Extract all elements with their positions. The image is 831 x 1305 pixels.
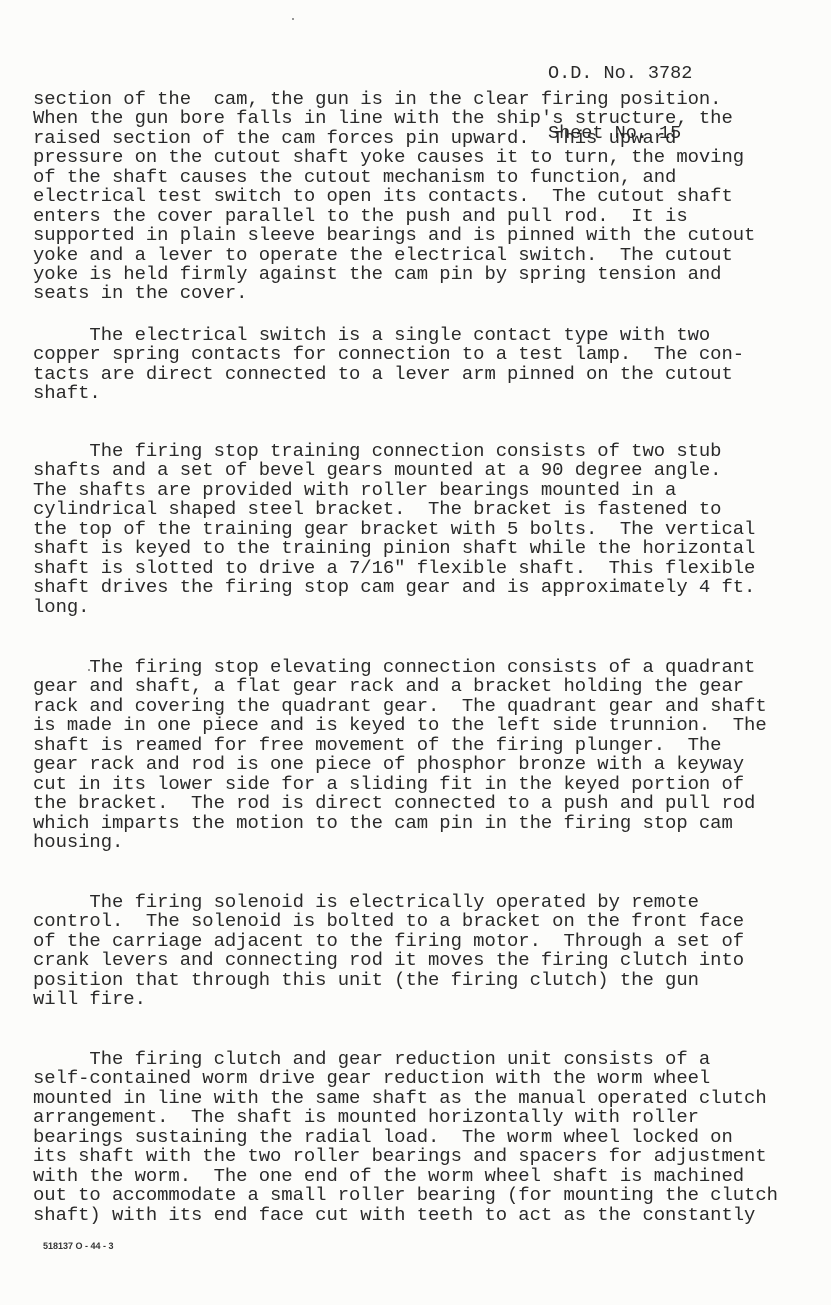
text-line: seats in the cover.: [33, 284, 755, 303]
text-line: gear and shaft, a flat gear rack and a b…: [33, 677, 767, 696]
text-line: supported in plain sleeve bearings and i…: [33, 226, 755, 245]
text-line: electrical test switch to open its conta…: [33, 187, 755, 206]
document-page: O.D. No. 3782 Sheet No. 15 section of th…: [0, 0, 831, 1305]
paragraph-clutch-gear-reduction: The firing clutch and gear reduction uni…: [33, 1050, 778, 1225]
text-line: When the gun bore falls in line with the…: [33, 109, 755, 128]
text-line: shaft is keyed to the training pinion sh…: [33, 539, 755, 558]
text-line: shaft) with its end face cut with teeth …: [33, 1206, 778, 1225]
paragraph-firing-solenoid: The firing solenoid is electrically oper…: [33, 893, 744, 1010]
text-line: copper spring contacts for connection to…: [33, 345, 744, 364]
text-line: cylindrical shaped steel bracket. The br…: [33, 500, 755, 519]
text-line: will fire.: [33, 990, 744, 1009]
paper-speck: [292, 18, 294, 20]
text-line: is made in one piece and is keyed to the…: [33, 716, 767, 735]
text-line: out to accommodate a small roller bearin…: [33, 1186, 778, 1205]
paragraph-training-connection: The firing stop training connection cons…: [33, 442, 755, 617]
text-line: its shaft with the two roller bearings a…: [33, 1147, 778, 1166]
text-line: housing.: [33, 833, 767, 852]
text-line: long.: [33, 598, 755, 617]
paper-speck: [88, 669, 90, 671]
od-number: O.D. No. 3782: [548, 64, 692, 84]
text-line: shaft drives the firing stop cam gear an…: [33, 578, 755, 597]
text-line: control. The solenoid is bolted to a bra…: [33, 912, 744, 931]
paragraph-electrical-switch: The electrical switch is a single contac…: [33, 326, 744, 404]
text-line: arrangement. The shaft is mounted horizo…: [33, 1108, 778, 1127]
text-line: the bracket. The rod is direct connected…: [33, 794, 767, 813]
text-line: gear rack and rod is one piece of phosph…: [33, 755, 767, 774]
text-line: which imparts the motion to the cam pin …: [33, 814, 767, 833]
print-code: 518137 O - 44 - 3: [43, 1241, 114, 1251]
text-line: tacts are direct connected to a lever ar…: [33, 365, 744, 384]
text-line: self-contained worm drive gear reduction…: [33, 1069, 778, 1088]
text-line: shafts and a set of bevel gears mounted …: [33, 461, 755, 480]
text-line: crank levers and connecting rod it moves…: [33, 951, 744, 970]
paragraph-elevating-connection: The firing stop elevating connection con…: [33, 658, 767, 852]
text-line: pressure on the cutout shaft yoke causes…: [33, 148, 755, 167]
text-line: shaft.: [33, 384, 744, 403]
paragraph-cam-cutout: section of the cam, the gun is in the cl…: [33, 90, 755, 304]
